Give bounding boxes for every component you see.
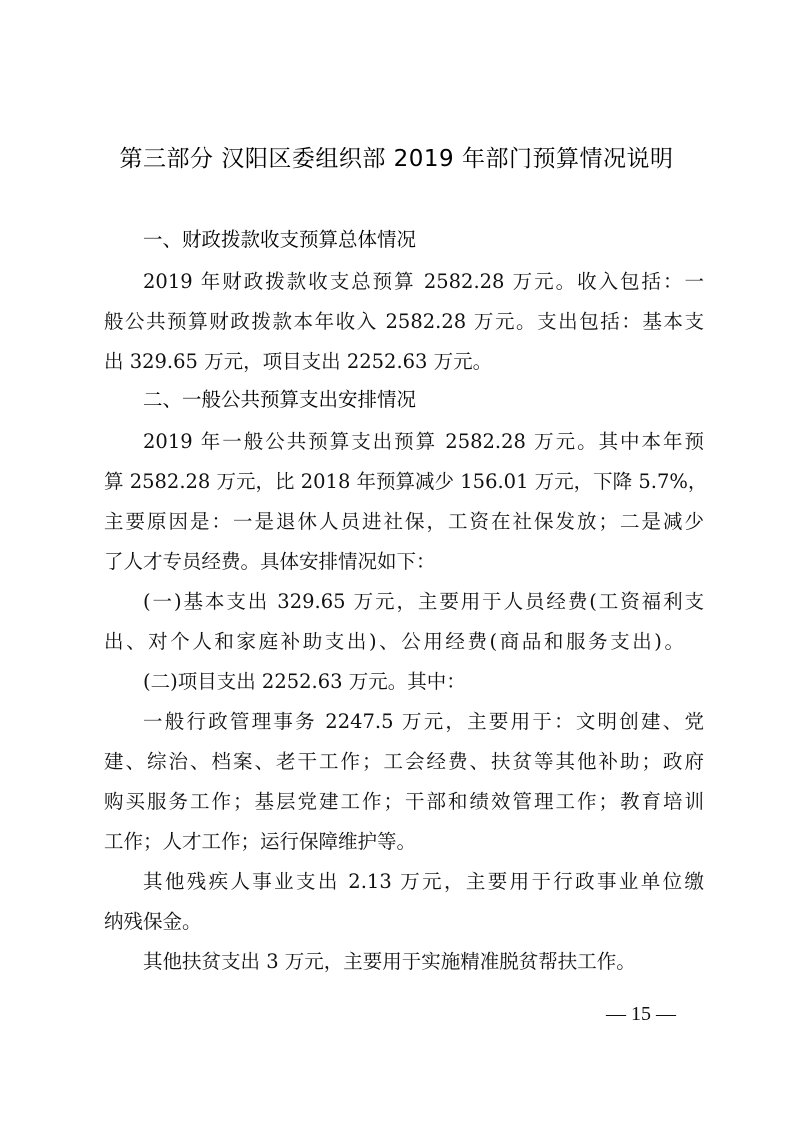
paragraph-line: 2019 年一般公共预算支出预算 2582.28 万元。其中本年预	[143, 426, 704, 454]
paragraph-line: 出、对个人和家庭补助支出)、公用经费(商品和服务支出)。	[104, 626, 684, 654]
paragraph-line: 般公共预算财政拨款本年收入 2582.28 万元。支出包括：基本支	[104, 306, 704, 334]
paragraph-line: 购买服务工作；基层党建工作；干部和绩效管理工作；教育培训	[104, 786, 704, 814]
paragraph-line: 2019 年财政拨款收支总预算 2582.28 万元。收入包括：一	[143, 266, 704, 294]
paragraph-line: 其他扶贫支出 3 万元，主要用于实施精准脱贫帮扶工作。	[143, 946, 743, 974]
page-title: 第三部分 汉阳区委组织部 2019 年部门预算情况说明	[0, 140, 793, 173]
paragraph-line: (二)项目支出 2252.63 万元。其中：	[143, 666, 743, 694]
paragraph-line: 一般行政管理事务 2247.5 万元，主要用于：文明创建、党	[143, 706, 704, 734]
paragraph-line: 纳残保金。	[104, 906, 704, 934]
section-heading-1: 一、财政拨款收支预算总体情况	[143, 224, 416, 252]
paragraph-line: 算 2582.28 万元，比 2018 年预算减少 156.01 万元，下降 5…	[104, 466, 704, 494]
paragraph-line: (一)基本支出 329.65 万元，主要用于人员经费(工资福利支	[143, 586, 704, 614]
document-page: 第三部分 汉阳区委组织部 2019 年部门预算情况说明 一、财政拨款收支预算总体…	[0, 0, 793, 1122]
paragraph-line: 工作；人才工作；运行保障维护等。	[104, 826, 704, 854]
paragraph-line: 了人才专员经费。具体安排情况如下：	[104, 546, 704, 574]
page-number: — 15 —	[606, 1003, 676, 1026]
paragraph-line: 出 329.65 万元，项目支出 2252.63 万元。	[104, 346, 704, 374]
paragraph-line: 建、综治、档案、老干工作；工会经费、扶贫等其他补助；政府	[104, 746, 704, 774]
section-heading-2: 二、一般公共预算支出安排情况	[143, 384, 416, 412]
paragraph-line: 其他残疾人事业支出 2.13 万元，主要用于行政事业单位缴	[143, 866, 704, 894]
paragraph-line: 主要原因是：一是退休人员进社保，工资在社保发放；二是减少	[104, 506, 704, 534]
